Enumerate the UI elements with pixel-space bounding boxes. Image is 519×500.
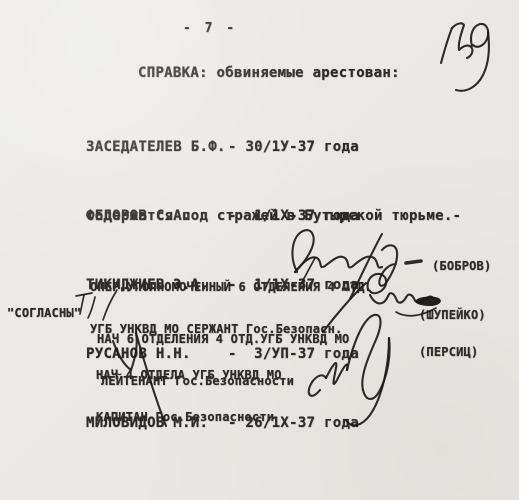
signatory-title-line: КАПИТАН Гос.Безопасности bbox=[96, 410, 282, 424]
page-number: - 7 - bbox=[183, 21, 237, 36]
signatory-persits-name: (ПЕРСИЦ) bbox=[419, 345, 478, 359]
document-page: - 7 - СПРАВКА: обвиняемые арестован: ЗАС… bbox=[0, 0, 519, 500]
signatory-shupeyko-name: (ШУПЕЙКО) bbox=[419, 308, 486, 322]
signatory-title-line: ОПЕР.УПОЛНОМОЧЕННЫЙ 6 ОТДЕЛЕНИЯ 4 ОТД. bbox=[90, 280, 372, 294]
ink-blob-icon bbox=[416, 296, 441, 306]
signatory-persits-title: НАЧ 4 ОТДЕЛА УГБ УНКВД МО КАПИТАН Гос.Бе… bbox=[96, 340, 282, 452]
arrest-date: - 30/1У-37 года bbox=[228, 136, 359, 159]
custody-note: содержатся под стражей в Бутырской тюрьм… bbox=[86, 208, 461, 224]
signatory-title-line: НАЧ 4 ОТДЕЛА УГБ УНКВД МО bbox=[96, 368, 282, 382]
bobrov-ink-dash-icon bbox=[406, 261, 421, 263]
certificate-heading: СПРАВКА: обвиняемые арестован: bbox=[138, 65, 400, 81]
approval-label: "СОГЛАСНЫ" bbox=[7, 306, 81, 320]
signatory-bobrov-name: (БОБРОВ) bbox=[432, 259, 491, 273]
arrested-name: ЗАСЕДАТЕЛЕВ Б.Ф. bbox=[86, 136, 228, 159]
handwritten-number-159-icon bbox=[441, 23, 489, 90]
arrested-row: ЗАСЕДАТЕЛЕВ Б.Ф.- 30/1У-37 года bbox=[86, 136, 359, 159]
